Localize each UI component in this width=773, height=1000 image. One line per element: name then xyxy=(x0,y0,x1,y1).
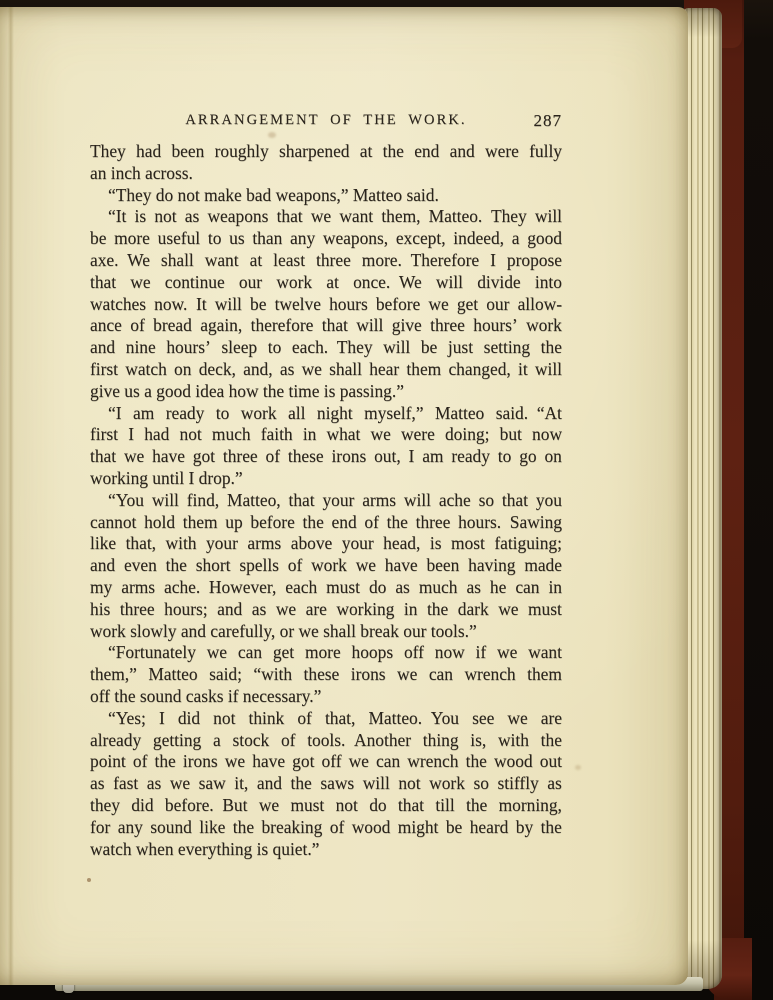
text-line: work slowly and carefully, or we shall b… xyxy=(90,621,562,643)
book-page: ARRANGEMENT OF THE WORK. 287 Theyhadbeen… xyxy=(0,7,688,985)
text-line: “Iamreadytoworkallnightmyself,”Matteosai… xyxy=(90,403,562,425)
text-line: foranysoundlikethebreakingofwoodmightbeh… xyxy=(90,817,562,839)
text-line: cannotholdthemupbeforetheendofthethreeho… xyxy=(90,512,562,534)
text-line: watch when everything is quiet.” xyxy=(90,839,562,861)
page-speck xyxy=(87,878,91,882)
text-line: bemoreusefultousthananyweapons,except,in… xyxy=(90,228,562,250)
page-number: 287 xyxy=(534,111,563,131)
text-line: myarmsache. However,eachmustdoasmuchashe… xyxy=(90,577,562,599)
text-line: working until I drop.” xyxy=(90,468,562,490)
text-line: theydidbefore. Butwemustnotdothattillthe… xyxy=(90,795,562,817)
text-line: likethat,withyourarmsaboveyourhead,ismos… xyxy=(90,533,562,555)
text-line: histhreehours;andasweareworkinginthedark… xyxy=(90,599,562,621)
text-line: watchesnow. Itwillbetwelvehoursbeforeweg… xyxy=(90,294,562,316)
text-line: “Fortunatelywecangetmorehoopsoffnowifwew… xyxy=(90,642,562,664)
text-line: anceofbreadagain,thereforethatwillgiveth… xyxy=(90,315,562,337)
text-line: “They do not make bad weapons,” Matteo s… xyxy=(90,185,562,207)
running-title: ARRANGEMENT OF THE WORK. xyxy=(185,112,466,129)
page-crease xyxy=(8,7,14,985)
text-line: “Youwillfind,Matteo,thatyourarmswillache… xyxy=(90,490,562,512)
text-line: “Yes;Ididnotthinkofthat,Matteo. Youseewe… xyxy=(90,708,562,730)
text-line: firstIhadnotmuchfaithinwhatweweredoing;b… xyxy=(90,424,562,446)
text-line: asfastaswesawit,andthesawswillnotworksos… xyxy=(90,773,562,795)
page-speck xyxy=(575,765,581,770)
text-line: them,”Matteosaid;“withtheseironswecanwre… xyxy=(90,664,562,686)
text-line: an inch across. xyxy=(90,163,562,185)
text-line: “Itisnotasweaponsthatwewantthem,Matteo. … xyxy=(90,206,562,228)
text-line: off the sound casks if necessary.” xyxy=(90,686,562,708)
text-line: alreadygettingastockoftools. Anotherthin… xyxy=(90,730,562,752)
page-fore-edge-stack xyxy=(684,8,722,989)
text-line: firstwatchondeck,and,asweshallhearthemch… xyxy=(90,359,562,381)
text-line: Theyhadbeenroughlysharpenedattheendandwe… xyxy=(90,141,562,163)
page-text-block: Theyhadbeenroughlysharpenedattheendandwe… xyxy=(90,141,562,860)
text-line: andninehours’sleeptoeach. Theywillbejust… xyxy=(90,337,562,359)
text-line: andeventheshortspellsofworkwehavebeenhav… xyxy=(90,555,562,577)
text-line: thatwecontinueourworkatonce. Wewilldivid… xyxy=(90,272,562,294)
scanned-book-page: ARRANGEMENT OF THE WORK. 287 Theyhadbeen… xyxy=(0,0,773,1000)
text-line: axe. Weshallwantatleastthreemore. Theref… xyxy=(90,250,562,272)
text-line: give us a good idea how the time is pass… xyxy=(90,381,562,403)
text-line: pointoftheironswehavegotoffwecanwrenchth… xyxy=(90,751,562,773)
text-line: thatwehavegotthreeoftheseironsout,Iamrea… xyxy=(90,446,562,468)
page-header: ARRANGEMENT OF THE WORK. 287 xyxy=(90,111,562,133)
